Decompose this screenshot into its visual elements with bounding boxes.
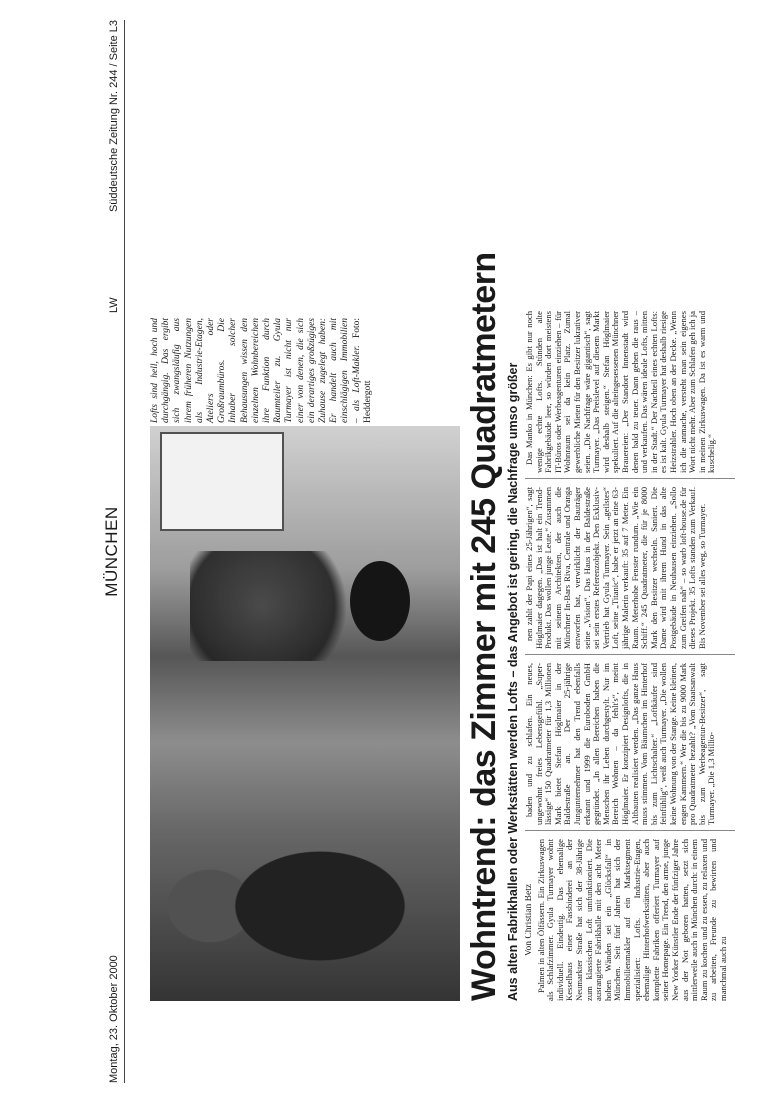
edition-code: LW	[108, 297, 120, 313]
article-photo	[150, 426, 460, 1001]
photo-caption: Lofts sind hell, hoch und durchgängig. D…	[150, 318, 450, 423]
caption-text: Lofts sind hell, hoch und durchgängig. D…	[150, 318, 362, 423]
column-text: nen zahlt der Papi eines 25-Jährigen“, s…	[525, 487, 707, 649]
photo-window	[160, 432, 284, 531]
article-body: Von Christian Betz Palmen in alten Ölfäs…	[525, 311, 735, 1001]
article-headline: Wohntrend: das Zimmer mit 245 Quadratmet…	[465, 311, 503, 1001]
photo-plant	[190, 551, 370, 661]
article-column: Von Christian Betz Palmen in alten Ölfäs…	[525, 839, 735, 1001]
column-text: Palmen in alten Ölfässern. Ein Zirkuswag…	[537, 839, 729, 1001]
byline: Von Christian Betz	[525, 839, 535, 1001]
article-subheadline: Aus alten Fabrikhallen oder Werkstätten …	[506, 311, 520, 1001]
article-column: Das Manko in München: Es gibt nur noch w…	[525, 311, 735, 479]
photo-chair	[350, 561, 410, 641]
article-column: nen zahlt der Papi eines 25-Jährigen“, s…	[525, 487, 735, 655]
paper-info: Süddeutsche Zeitung Nr. 244 / Seite L3	[108, 20, 120, 212]
column-text: Das Manko in München: Es gibt nur noch w…	[525, 311, 717, 473]
page-header: Montag, 23. Oktober 2000 MÜNCHEN LW Südd…	[100, 20, 125, 1083]
column-text: baden und zu schlafen. Ein neues, ungewo…	[525, 663, 717, 825]
article-column: baden und zu schlafen. Ein neues, ungewo…	[525, 663, 735, 831]
newspaper-page: Montag, 23. Oktober 2000 MÜNCHEN LW Südd…	[0, 0, 780, 1103]
